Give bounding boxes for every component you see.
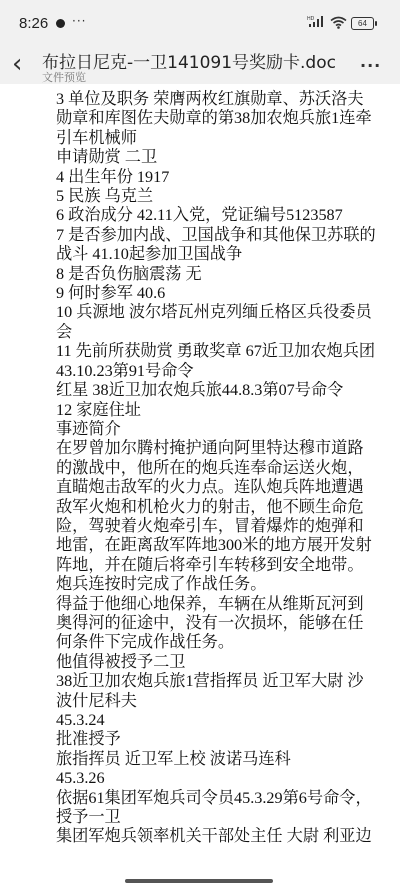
document-line: 12 家庭住址 [56,401,396,420]
document-line: 7 是否参加内战、卫国战争和其他保卫苏联的 [56,226,396,245]
document-line: 批准授予 [56,730,396,749]
document-line: 险，驾驶着火炮牵引车，冒着爆炸的炮弹和 [56,517,396,536]
document-line: 旅指挥员 近卫军上校 波诺马连科 [56,750,396,769]
app-header: 8:26 ··· HD 64 ‹ 布拉日尼克-一卫141091号奖励卡.doc … [0,0,400,84]
document-line: 6 政治成分 42.11入党，党证编号5123587 [56,206,396,225]
document-line: 10 兵源地 波尔塔瓦州克列缅丘格区兵役委员 [56,303,396,322]
document-content: 3 单位及职务 荣膺两枚红旗勋章、苏沃洛夫勋章和库图佐夫勋章的第38加农炮兵旅1… [56,90,396,847]
document-line: 勋章和库图佐夫勋章的第38加农炮兵旅1连牵 [56,109,396,128]
document-line: 的激战中，他所在的炮兵连奉命运送火炮， [56,459,396,478]
status-time: 8:26 [19,15,48,32]
gesture-bar[interactable] [125,879,273,883]
do-not-disturb-icon [56,19,65,28]
notification-more-icon: ··· [72,14,86,28]
battery-indicator: 64 [351,17,374,30]
document-line: 奥得河的征途中，没有一次损坏，能够在任 [56,614,396,633]
document-line: 8 是否负伤脑震荡 无 [56,265,396,284]
document-line: 引车机械师 [56,129,396,148]
wifi-icon [330,16,347,29]
status-bar: 8:26 ··· HD 64 [0,0,400,40]
document-line: 地雷，在距离敌军阵地300米的地方展开发射 [56,536,396,555]
document-line: 集团军炮兵领率机关干部处主任 大尉 利亚边 [56,827,396,846]
document-line: 在罗曾加尔腾村掩护通向阿里特达穆市道路 [56,439,396,458]
document-line: 得益于他细心地保养，车辆在从维斯瓦河到 [56,595,396,614]
document-line: 红星 38近卫加农炮兵旅44.8.3第07号命令 [56,381,396,400]
document-line: 11 先前所获勋赏 勇敢奖章 67近卫加农炮兵团 [56,342,396,361]
document-line: 他值得被授予二卫 [56,653,396,672]
document-line: 炮兵连按时完成了作战任务。 [56,575,396,594]
document-title: 布拉日尼克-一卫141091号奖励卡.doc [42,48,336,73]
more-options-button[interactable]: ··· [360,56,381,75]
document-line: 事迹简介 [56,420,396,439]
back-button[interactable]: ‹ [12,54,22,74]
document-line: 阵地，并在随后将牵引车转移到安全地带。 [56,556,396,575]
document-line: 5 民族 乌克兰 [56,187,396,206]
document-line: 授予一卫 [56,808,396,827]
document-line: 4 出生年份 1917 [56,168,396,187]
document-line: 9 何时参军 40.6 [56,284,396,303]
document-line: 战斗 41.10起参加卫国战争 [56,245,396,264]
document-line: 敌军火炮和机枪火力的射击，他不顾生命危 [56,498,396,517]
document-line: 依据61集团军炮兵司令员45.3.29第6号命令， [56,789,396,808]
document-subtitle: 文件预览 [42,69,86,85]
document-line: 波什尼科夫 [56,692,396,711]
document-line: 会 [56,323,396,342]
document-line: 申请勋赏 二卫 [56,148,396,167]
document-line: 43.10.23第91号命令 [56,362,396,381]
document-line: 45.3.24 [56,711,396,730]
cellular-signal-icon: HD [307,15,327,28]
document-line: 何条件下完成作战任务。 [56,633,396,652]
document-line: 38近卫加农炮兵旅1营指挥员 近卫军大尉 沙 [56,672,396,691]
document-line: 直瞄炮击敌军的火力点。连队炮兵阵地遭遇 [56,478,396,497]
svg-text:HD: HD [307,16,315,22]
document-line: 45.3.26 [56,769,396,788]
document-line: 3 单位及职务 荣膺两枚红旗勋章、苏沃洛夫 [56,90,396,109]
